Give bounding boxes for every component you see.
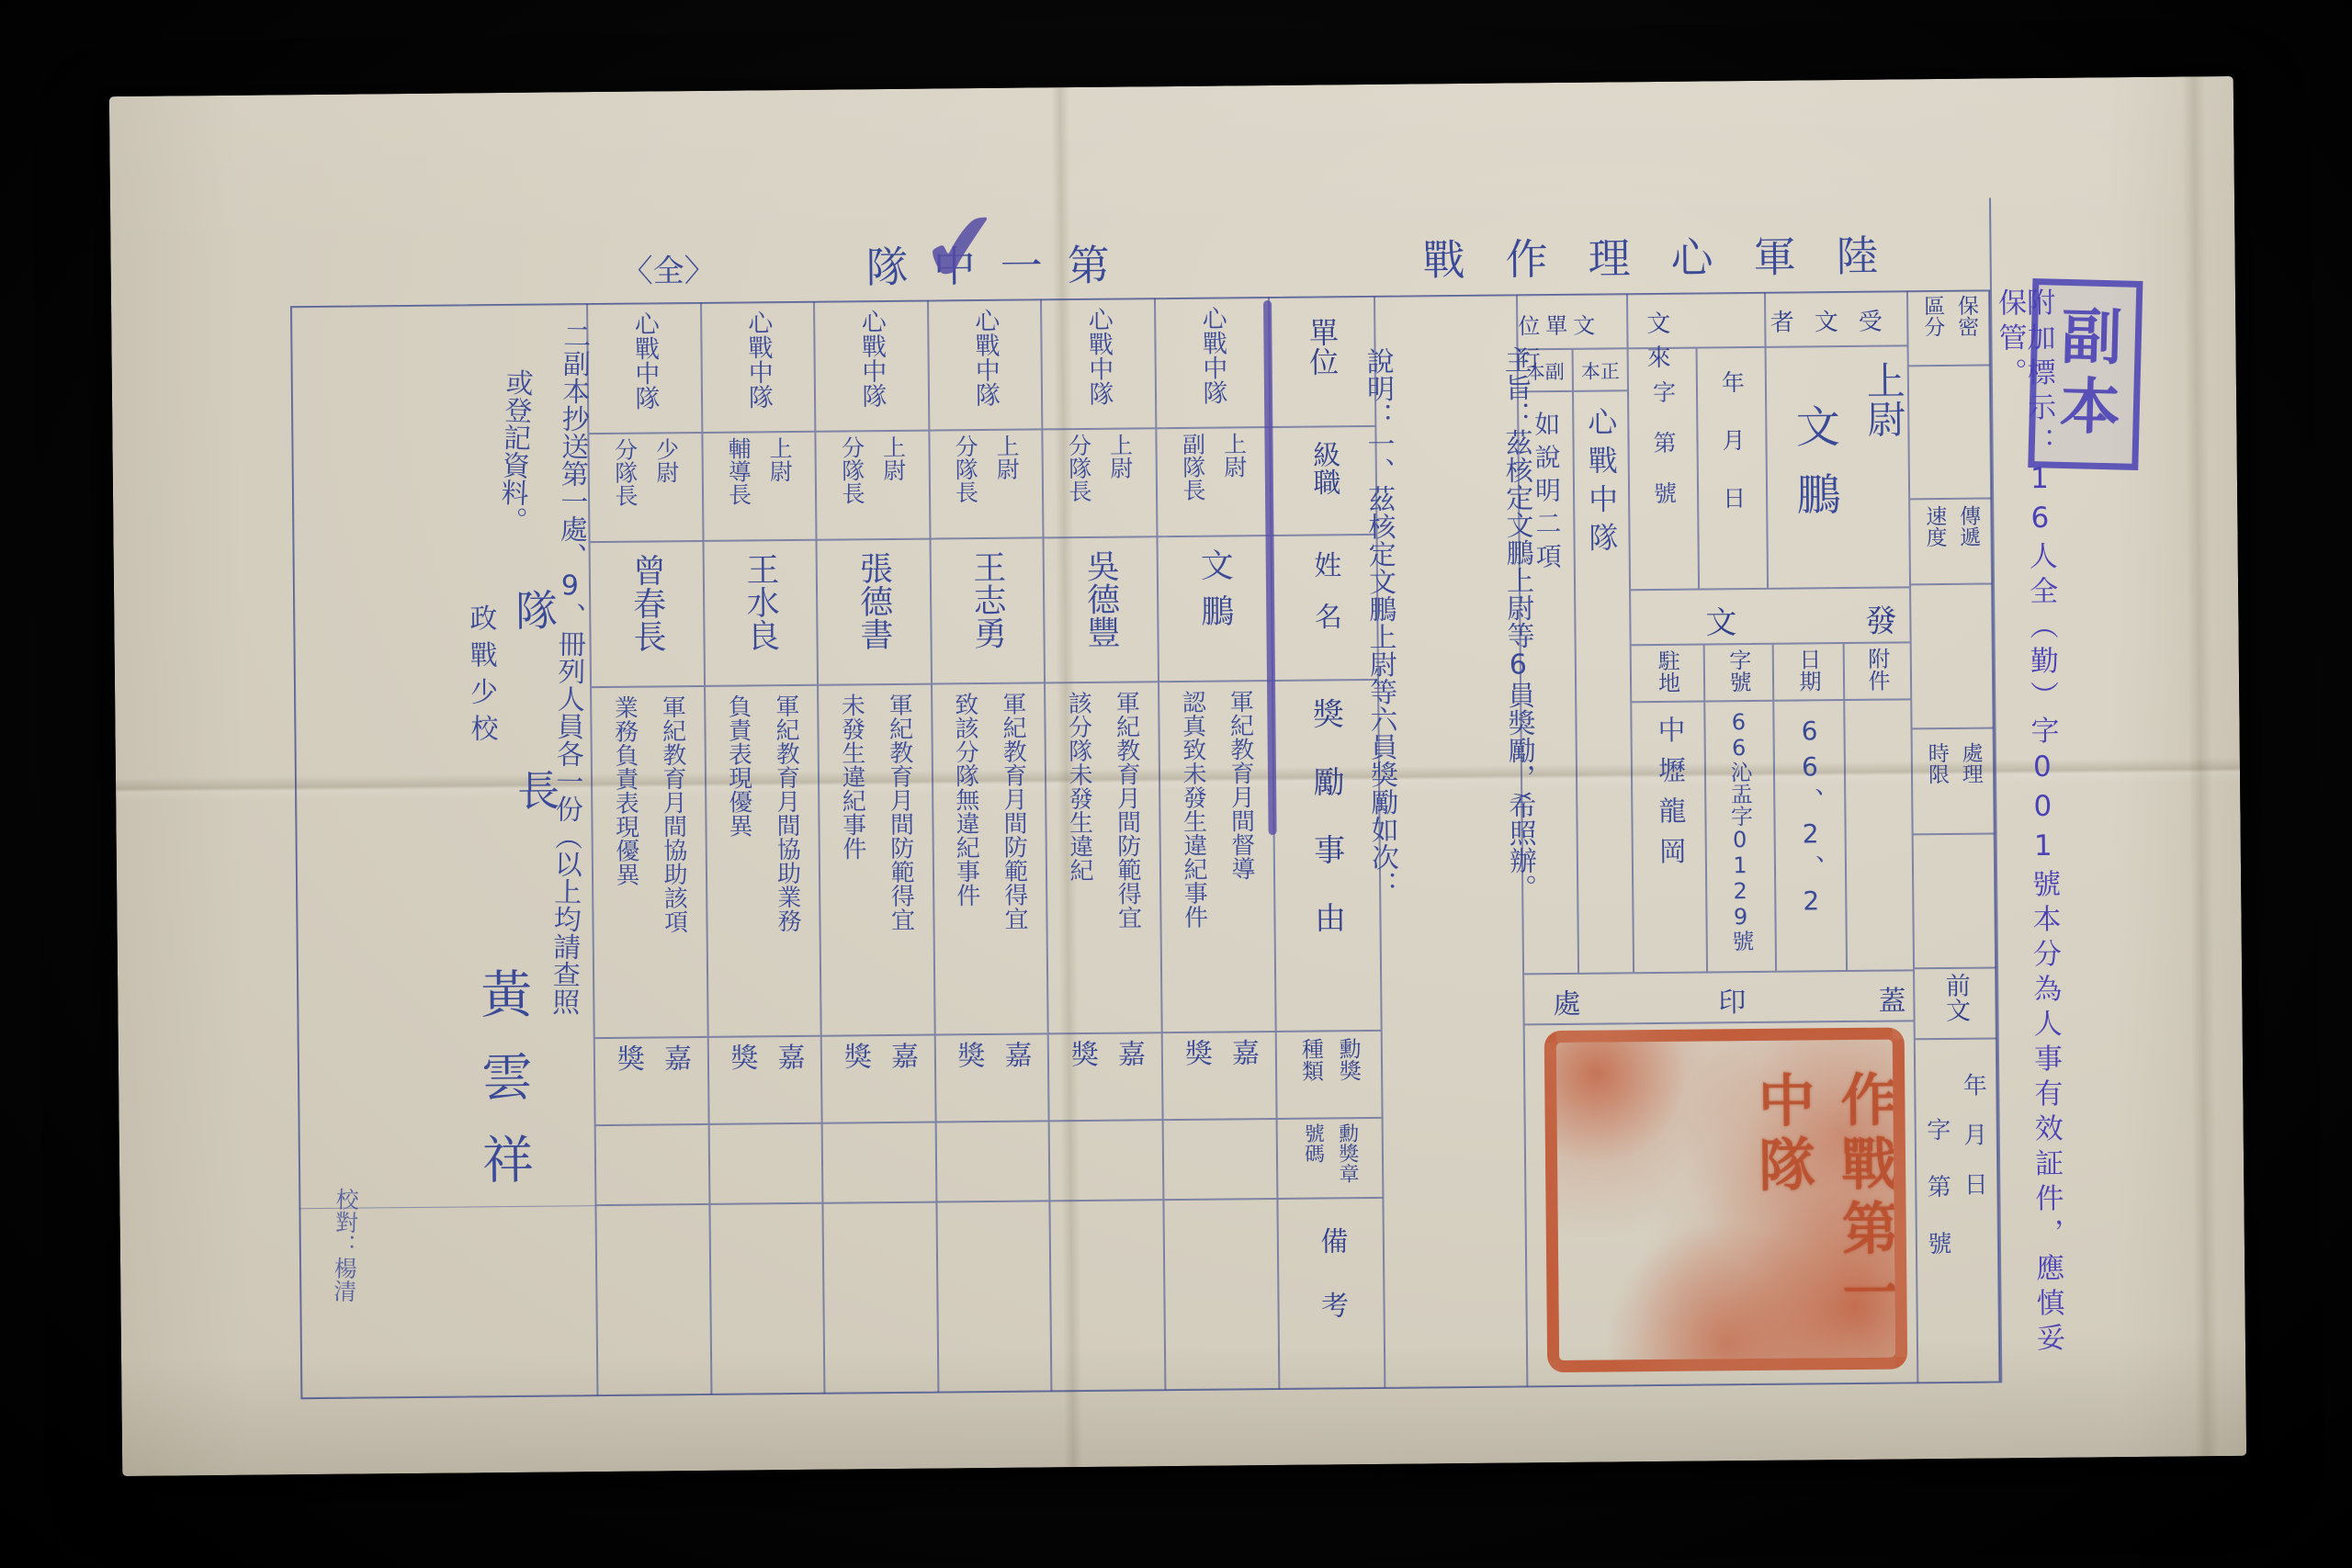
cell-remarks-p4	[709, 1203, 824, 1395]
cell-reason-p2: 軍紀教育月間防範得宜 致該分隊無違紀事件	[932, 682, 1048, 1034]
cell-medal-p5	[595, 1124, 710, 1205]
previous-doc-label: 前文	[1914, 967, 1997, 1039]
body-text-column: 主旨：茲核定文鵬上尉等6員獎勵，希照辦。 說明：一、茲核定文鵬上尉等六員獎勵如次…	[1374, 294, 1527, 1388]
signature-name: 黃雲祥	[465, 967, 541, 1216]
cell-remarks-p3	[822, 1202, 938, 1394]
cell-award-p3: 嘉 獎	[821, 1035, 936, 1123]
cell-unit-p1: 心戰中隊	[1041, 298, 1156, 429]
document-paper: 〈全〉 隊中一第 ✔ 戰作理心軍陸 校對：楊清 心戰中隊 上尉 副隊長 文鵬 軍…	[109, 76, 2246, 1476]
copy-stamp: 副本	[2028, 278, 2143, 470]
addressees-copy-value: 如說明二項	[1518, 391, 1578, 975]
cell-remarks-p1	[1049, 1200, 1165, 1392]
speed-value	[1910, 583, 1995, 728]
attachment-label: 附件	[1844, 642, 1912, 700]
recipient-name: 文鵬	[1782, 403, 1847, 540]
checkmark-annotation: ✔	[915, 187, 1007, 308]
outgoing-label-left: 文	[1705, 597, 1736, 642]
deadline-label: 處理 時限	[1912, 728, 1996, 834]
speed-label: 傳遞 速度	[1909, 498, 1993, 584]
date-value: 66、2、2	[1773, 700, 1847, 972]
cell-medal-p1	[1049, 1120, 1164, 1201]
title-part-2: 戰作理心軍陸	[1422, 222, 1919, 288]
seal-row-char-right: 蓋	[1878, 977, 1905, 1018]
cell-medal-p3	[822, 1122, 937, 1203]
red-official-seal: 陸軍心理作戰第一中隊	[1544, 1027, 1908, 1372]
addressees-original-value: 心戰中隊	[1573, 390, 1634, 974]
corner-note: 〈全〉	[621, 245, 715, 291]
seal-row-char-left: 處	[1553, 981, 1580, 1021]
cell-rank-p1: 上尉 分隊長	[1042, 428, 1157, 537]
cell-name-p0: 文鵬	[1157, 536, 1272, 682]
cell-award-p1: 嘉 獎	[1048, 1032, 1163, 1121]
station-value: 中壢龍岡	[1631, 701, 1707, 973]
photo-background: 〈全〉 隊中一第 ✔ 戰作理心軍陸 校對：楊清 心戰中隊 上尉 副隊長 文鵬 軍…	[0, 0, 2352, 1568]
cell-name-p4: 王水良	[704, 540, 819, 686]
number-label: 字號	[1704, 644, 1774, 702]
recipient-header: 者文受	[1765, 290, 1908, 346]
cell-name-p5: 曾春長	[590, 541, 706, 687]
addressees-copy-label: 本副	[1518, 349, 1573, 392]
explanation-line: 說明：一、茲核定文鵬上尉等六員獎勵如次：	[1343, 347, 1422, 1389]
cell-reason-p3: 軍紀教育月間防範得宜 未發生違紀事件	[818, 684, 935, 1036]
cell-reason-p5: 軍紀教育月間協助該項 業務負責表現優異	[591, 686, 708, 1038]
station-label: 駐地	[1631, 644, 1705, 702]
proofreader-note: 校對：楊清	[326, 1187, 362, 1303]
cell-rank-p5: 少尉 分隊長	[588, 433, 703, 542]
cell-name-p1: 吳德豐	[1044, 536, 1159, 682]
cell-unit-p0: 心戰中隊	[1155, 297, 1270, 428]
signature-rank: 政戰少校	[459, 604, 502, 750]
cell-reason-p0: 軍紀教育月間督導 認真致未發生違紀事件	[1159, 681, 1276, 1032]
recipient-rank: 上尉	[1856, 360, 1912, 438]
addressees-header: 位單文行	[1517, 293, 1628, 349]
attachment-value	[1844, 699, 1914, 971]
classification-value	[1908, 365, 1992, 499]
copy-stamp-text: 副本	[2040, 303, 2131, 445]
incoming-doc-header: 文來	[1627, 292, 1766, 348]
cell-medal-p0	[1163, 1119, 1278, 1200]
cell-unit-p3: 心戰中隊	[814, 300, 929, 432]
cell-rank-p0: 上尉 副隊長	[1156, 427, 1271, 536]
cell-award-p4: 嘉 獎	[708, 1036, 822, 1124]
seal-row-char-middle: 印	[1718, 979, 1746, 1020]
cell-rank-p3: 上尉 分隊長	[815, 431, 930, 540]
addressees-original-label: 本正	[1573, 348, 1628, 391]
seal-inscription: 陸軍心理作戰第一中隊	[1740, 1069, 1907, 1329]
cell-name-p2: 王志勇	[931, 537, 1046, 683]
incoming-date-cell: 年月日	[1697, 347, 1769, 590]
outgoing-label-right: 發	[1865, 595, 1896, 640]
cell-award-p5: 嘉 獎	[594, 1037, 709, 1125]
classification-label: 保密 區分	[1907, 289, 1991, 366]
cell-unit-p2: 心戰中隊	[928, 299, 1042, 430]
cell-remarks-p5	[595, 1204, 711, 1396]
previous-doc-date: 年月日	[1956, 1073, 1992, 1222]
cell-name-p3: 張德書	[817, 539, 933, 685]
cell-remarks-p0	[1163, 1199, 1279, 1391]
cell-unit-p5: 心戰中隊	[587, 302, 702, 434]
distribution-note-line2: 或登記資料。	[490, 367, 537, 535]
deadline-value	[1913, 833, 1996, 968]
cell-award-p0: 嘉 獎	[1162, 1032, 1277, 1120]
date-label: 日期	[1773, 643, 1845, 701]
cell-remarks-p2	[936, 1201, 1051, 1393]
cell-reason-p4: 軍紀教育月間協助業務 負責表現優異	[705, 685, 821, 1037]
cell-medal-p4	[709, 1123, 823, 1204]
signature-title: 隊長	[503, 588, 568, 949]
cell-unit-p4: 心戰中隊	[701, 301, 815, 433]
cell-rank-p4: 上尉 輔導長	[702, 432, 816, 541]
number-value: 66沁盂字0129號	[1704, 701, 1776, 973]
cell-rank-p2: 上尉 分隊長	[929, 429, 1043, 538]
cell-reason-p1: 軍紀教育月間防範得宜 該分隊未發生違紀	[1045, 682, 1162, 1033]
previous-doc-number: 字第號	[1920, 1117, 1956, 1288]
cell-award-p2: 嘉 獎	[935, 1033, 1049, 1122]
cell-medal-p2	[936, 1121, 1050, 1201]
incoming-number-cell: 字第號	[1628, 348, 1700, 591]
